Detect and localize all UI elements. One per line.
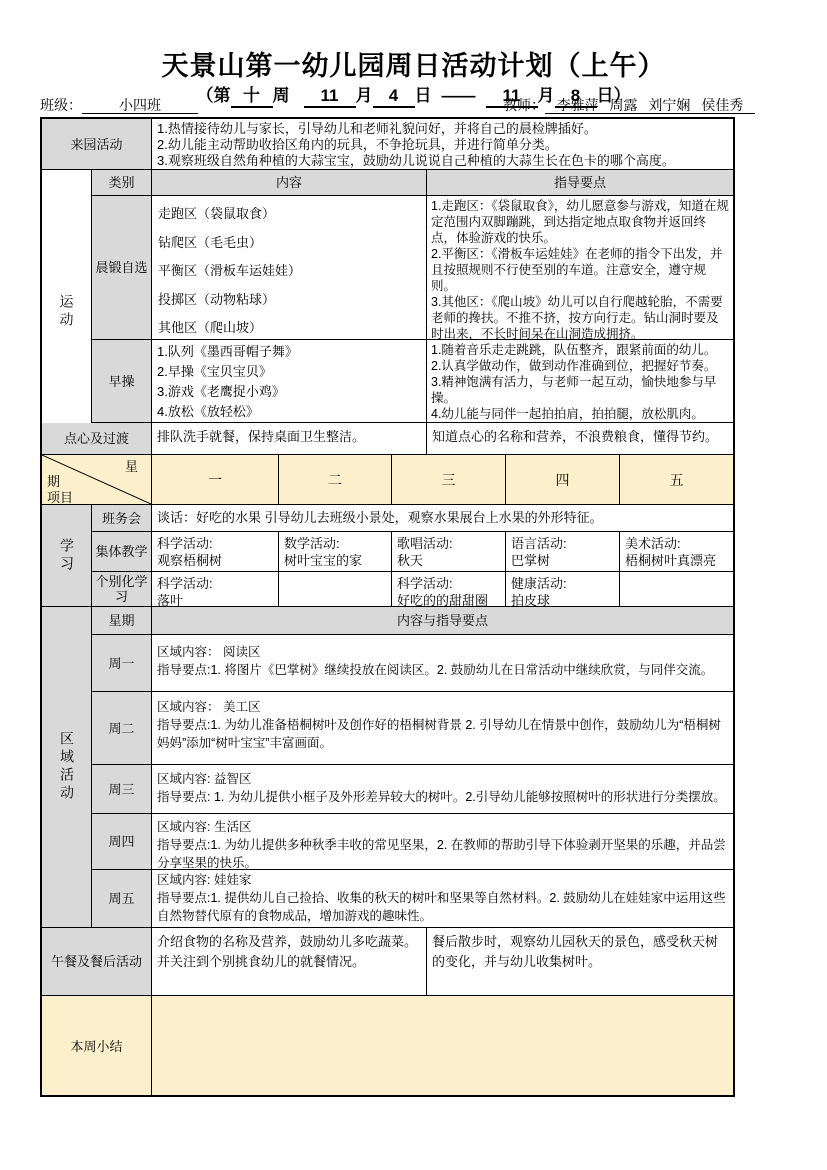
region-guidance: 指导要点: 1. 为幼儿提供小框子及外形差异较大的树叶。2.引导幼儿能够按照树叶… — [157, 788, 728, 806]
region-vertical-text: 区域活动 — [59, 731, 74, 803]
weekday-corner-cell: 星 期 项目 — [42, 455, 152, 505]
group-teaching-label: 集体教学 — [92, 532, 152, 572]
region-day-label: 周二 — [92, 692, 152, 765]
activity-type: 语言活动: — [511, 535, 614, 552]
weekday-cell: 二 — [279, 455, 392, 505]
activity-name: 落叶 — [157, 592, 273, 607]
self-exercise-content: 走跑区（袋鼠取食） 钻爬区（毛毛虫） 平衡区（滑板车运娃娃） 投掷区（动物粘球）… — [152, 196, 427, 340]
plan-table: 来园活动 1.热情接待幼儿与家长，引导幼儿和老师礼貌问好，并将自己的晨检牌插好。… — [40, 117, 735, 1097]
individual-learning-cell — [279, 572, 392, 607]
content-header: 内容 — [152, 170, 427, 196]
exercise-zone: 钻爬区（毛毛虫） — [158, 229, 420, 258]
activity-type: 歌唱活动: — [397, 535, 500, 552]
individual-learning-cell: 科学活动: 落叶 — [152, 572, 279, 607]
region-section-label: 区域活动 — [42, 607, 92, 928]
weekday-cell: 四 — [506, 455, 620, 505]
region-guidance: 指导要点:1. 提供幼儿自己捡拾、收集的秋天的树叶和坚果等自然材料。2. 鼓励幼… — [157, 889, 728, 925]
region-day-label: 周一 — [92, 635, 152, 692]
region-day-content: 区域内容： 阅读区 指导要点:1. 将图片《巴掌树》继续投放在阅读区。2. 鼓励… — [152, 635, 733, 692]
exercise-zone: 平衡区（滑板车运娃娃） — [158, 257, 420, 286]
morning-drill-guidance: 1.随着音乐走走跳跳，队伍整齐，跟紧前面的幼儿。 2.认真学做动作，做到动作准确… — [427, 340, 733, 423]
summary-label: 本周小结 — [42, 996, 152, 1095]
exercise-zone: 投掷区（动物粘球） — [158, 286, 420, 315]
region-day-content: 区域内容: 益智区 指导要点: 1. 为幼儿提供小框子及外形差异较大的树叶。2.… — [152, 765, 733, 814]
snack-guidance: 知道点心的名称和营养，不浪费粮食，懂得节约。 — [427, 423, 733, 455]
activity-name: 好吃的的甜甜圈 — [397, 592, 500, 607]
teacher-value: 李雅萍 周露 刘宁娴 侯佳秀 — [545, 97, 755, 114]
guidance-item: 2.平衡区：《滑板车运娃娃》在老师的指令下出发，并且按照规则不行使至别的车道。注… — [431, 246, 729, 294]
class-label: 班级： — [40, 97, 82, 113]
arrival-label: 来园活动 — [42, 119, 152, 170]
group-teaching-cell: 科学活动: 观察梧桐树 — [152, 532, 279, 572]
activity-type: 数学活动: — [284, 535, 386, 552]
individual-learning-cell: 健康活动: 拍皮球 — [506, 572, 620, 607]
region-guidance: 指导要点:1. 为幼儿提供多种秋季丰收的常见坚果，2. 在教师的帮助引导下体验剥… — [157, 836, 728, 870]
self-exercise-guidance: 1.走跑区：《袋鼠取食》，幼儿愿意参与游戏，知道在规定范围内双脚蹦跳，到达指定地… — [427, 196, 733, 340]
lunch-label: 午餐及餐后活动 — [42, 928, 152, 996]
individual-learning-label: 个别化学习 — [92, 572, 152, 607]
snack-label: 点心及过渡 — [42, 423, 152, 455]
summary-content — [152, 996, 733, 1095]
morning-drill-label: 早操 — [92, 340, 152, 423]
region-guidance: 指导要点:1. 将图片《巴掌树》继续投放在阅读区。2. 鼓励幼儿在日常活动中继续… — [157, 661, 728, 679]
group-teaching-cell: 歌唱活动: 秋天 — [392, 532, 506, 572]
lunch-guidance: 餐后散步时，观察幼儿园秋天的景色，感受秋天树的变化，并与幼儿收集树叶。 — [427, 928, 733, 996]
study-section-label: 学习 — [42, 505, 92, 607]
region-area: 区域内容: 生活区 — [157, 818, 728, 836]
class-value: 小四班 — [82, 97, 198, 114]
arrival-line: 2.幼儿能主动帮助收拾区角内的玩具，不争抢玩具，并进行简单分类。 — [157, 137, 728, 153]
activity-type: 科学活动: — [157, 575, 273, 592]
individual-learning-cell — [620, 572, 733, 607]
arrival-line: 1.热情接待幼儿与家长，引导幼儿和老师礼貌问好，并将自己的晨检牌插好。 — [157, 121, 728, 137]
class-field: 班级：小四班 — [40, 95, 198, 115]
arrival-line: 3.观察班级自然角种植的大蒜宝宝，鼓励幼儿说说自己种植的大蒜生长在色卡的哪个高度… — [157, 153, 728, 169]
drill-item: 2.早操《宝贝宝贝》 — [157, 362, 421, 382]
weekday-cell: 一 — [152, 455, 279, 505]
lunch-content: 介绍食物的名称及营养，鼓励幼儿多吃蔬菜。并关注到个别挑食幼儿的就餐情况。 — [152, 928, 427, 996]
group-teaching-cell: 语言活动: 巴掌树 — [506, 532, 620, 572]
activity-name: 树叶宝宝的家 — [284, 552, 386, 569]
snack-content: 排队洗手就餐，保持桌面卫生整洁。 — [152, 423, 427, 455]
individual-learning-cell: 科学活动: 好吃的的甜甜圈 — [392, 572, 506, 607]
weekday-cell: 三 — [392, 455, 506, 505]
sports-section-label: 运动 — [42, 170, 92, 455]
group-teaching-cell: 数学活动: 树叶宝宝的家 — [279, 532, 392, 572]
corner-week-char: 星 — [125, 456, 138, 475]
activity-name: 巴掌树 — [511, 552, 614, 569]
guidance-item: 2.认真学做动作，做到动作准确到位，把握好节奏。 — [431, 358, 729, 374]
teacher-field: 教师：李雅萍 周露 刘宁娴 侯佳秀 — [503, 95, 755, 115]
activity-name: 秋天 — [397, 552, 500, 569]
morning-drill-content: 1.队列《墨西哥帽子舞》 2.早操《宝贝宝贝》 3.游戏《老鹰捉小鸡》 4.放松… — [152, 340, 427, 423]
guidance-item: 3.精神饱满有活力，与老师一起互动，愉快地参与早操。 — [431, 374, 729, 406]
region-day-label: 周五 — [92, 870, 152, 928]
weekday-cell: 五 — [620, 455, 733, 505]
activity-name: 拍皮球 — [511, 592, 614, 607]
activity-type: 健康活动: — [511, 575, 614, 592]
drill-item: 3.游戏《老鹰捉小鸡》 — [157, 382, 421, 402]
guidance-item: 1.走跑区：《袋鼠取食》，幼儿愿意参与游戏，知道在规定范围内双脚蹦跳，到达指定地… — [431, 198, 729, 246]
region-area: 区域内容: 益智区 — [157, 770, 728, 788]
exercise-zone: 其他区（爬山坡） — [158, 314, 420, 340]
region-day-label: 周三 — [92, 765, 152, 814]
corner-project-label: 项目 — [47, 487, 73, 505]
exercise-zone: 走跑区（袋鼠取食） — [158, 200, 420, 229]
activity-name: 观察梧桐树 — [157, 552, 273, 569]
category-header: 类别 — [92, 170, 152, 196]
region-day-label: 周四 — [92, 814, 152, 870]
activity-type: 美术活动: — [625, 535, 728, 552]
class-teacher-line: 班级：小四班 教师：李雅萍 周露 刘宁娴 侯佳秀 — [40, 95, 755, 115]
arrival-content: 1.热情接待幼儿与家长，引导幼儿和老师礼貌问好，并将自己的晨检牌插好。 2.幼儿… — [152, 119, 733, 170]
guidance-header: 指导要点 — [427, 170, 733, 196]
guidance-item: 4.幼儿能与同伴一起拍拍肩，拍拍腿，放松肌肉。 — [431, 406, 729, 422]
region-day-content: 区域内容: 娃娃家 指导要点:1. 提供幼儿自己捡拾、收集的秋天的树叶和坚果等自… — [152, 870, 733, 928]
teacher-label: 教师： — [503, 97, 545, 113]
region-day-content: 区域内容: 生活区 指导要点:1. 为幼儿提供多种秋季丰收的常见坚果，2. 在教… — [152, 814, 733, 870]
class-meeting-content: 谈话：好吃的水果 引导幼儿去班级小景处，观察水果展台上水果的外形特征。 — [152, 505, 733, 532]
sports-vertical-text: 运动 — [57, 294, 77, 330]
activity-type: 科学活动: — [397, 575, 500, 592]
region-area: 区域内容: 娃娃家 — [157, 871, 728, 889]
guidance-item: 1.随着音乐走走跳跳，队伍整齐，跟紧前面的幼儿。 — [431, 342, 729, 358]
drill-item: 1.队列《墨西哥帽子舞》 — [157, 342, 421, 362]
activity-name: 梧桐树叶真漂亮 — [625, 552, 728, 569]
region-content-header: 内容与指导要点 — [152, 607, 733, 635]
class-meeting-label: 班务会 — [92, 505, 152, 532]
drill-item: 4.放松《放轻松》 — [157, 402, 421, 422]
region-week-header: 星期 — [92, 607, 152, 635]
activity-type: 科学活动: — [157, 535, 273, 552]
guidance-item: 3.其他区：《爬山坡》幼儿可以自行爬越轮胎，不需要老师的搀扶。不推不挤，按方向行… — [431, 294, 729, 340]
region-area: 区域内容： 美工区 — [157, 698, 728, 716]
region-day-content: 区域内容： 美工区 指导要点:1. 为幼儿准备梧桐树叶及创作好的梧桐树背景 2.… — [152, 692, 733, 765]
group-teaching-cell: 美术活动: 梧桐树叶真漂亮 — [620, 532, 733, 572]
region-area: 区域内容： 阅读区 — [157, 643, 728, 661]
self-exercise-label: 晨锻自选 — [92, 196, 152, 340]
region-guidance: 指导要点:1. 为幼儿准备梧桐树叶及创作好的梧桐树背景 2. 引导幼儿在情景中创… — [157, 716, 728, 752]
study-vertical-text: 学习 — [59, 538, 74, 574]
page-title: 天景山第一幼儿园周日活动计划（上午） — [0, 44, 827, 83]
weekly-plan-document: 天景山第一幼儿园周日活动计划（上午） （第十周11月4日——11月8日） 班级：… — [0, 0, 827, 1170]
